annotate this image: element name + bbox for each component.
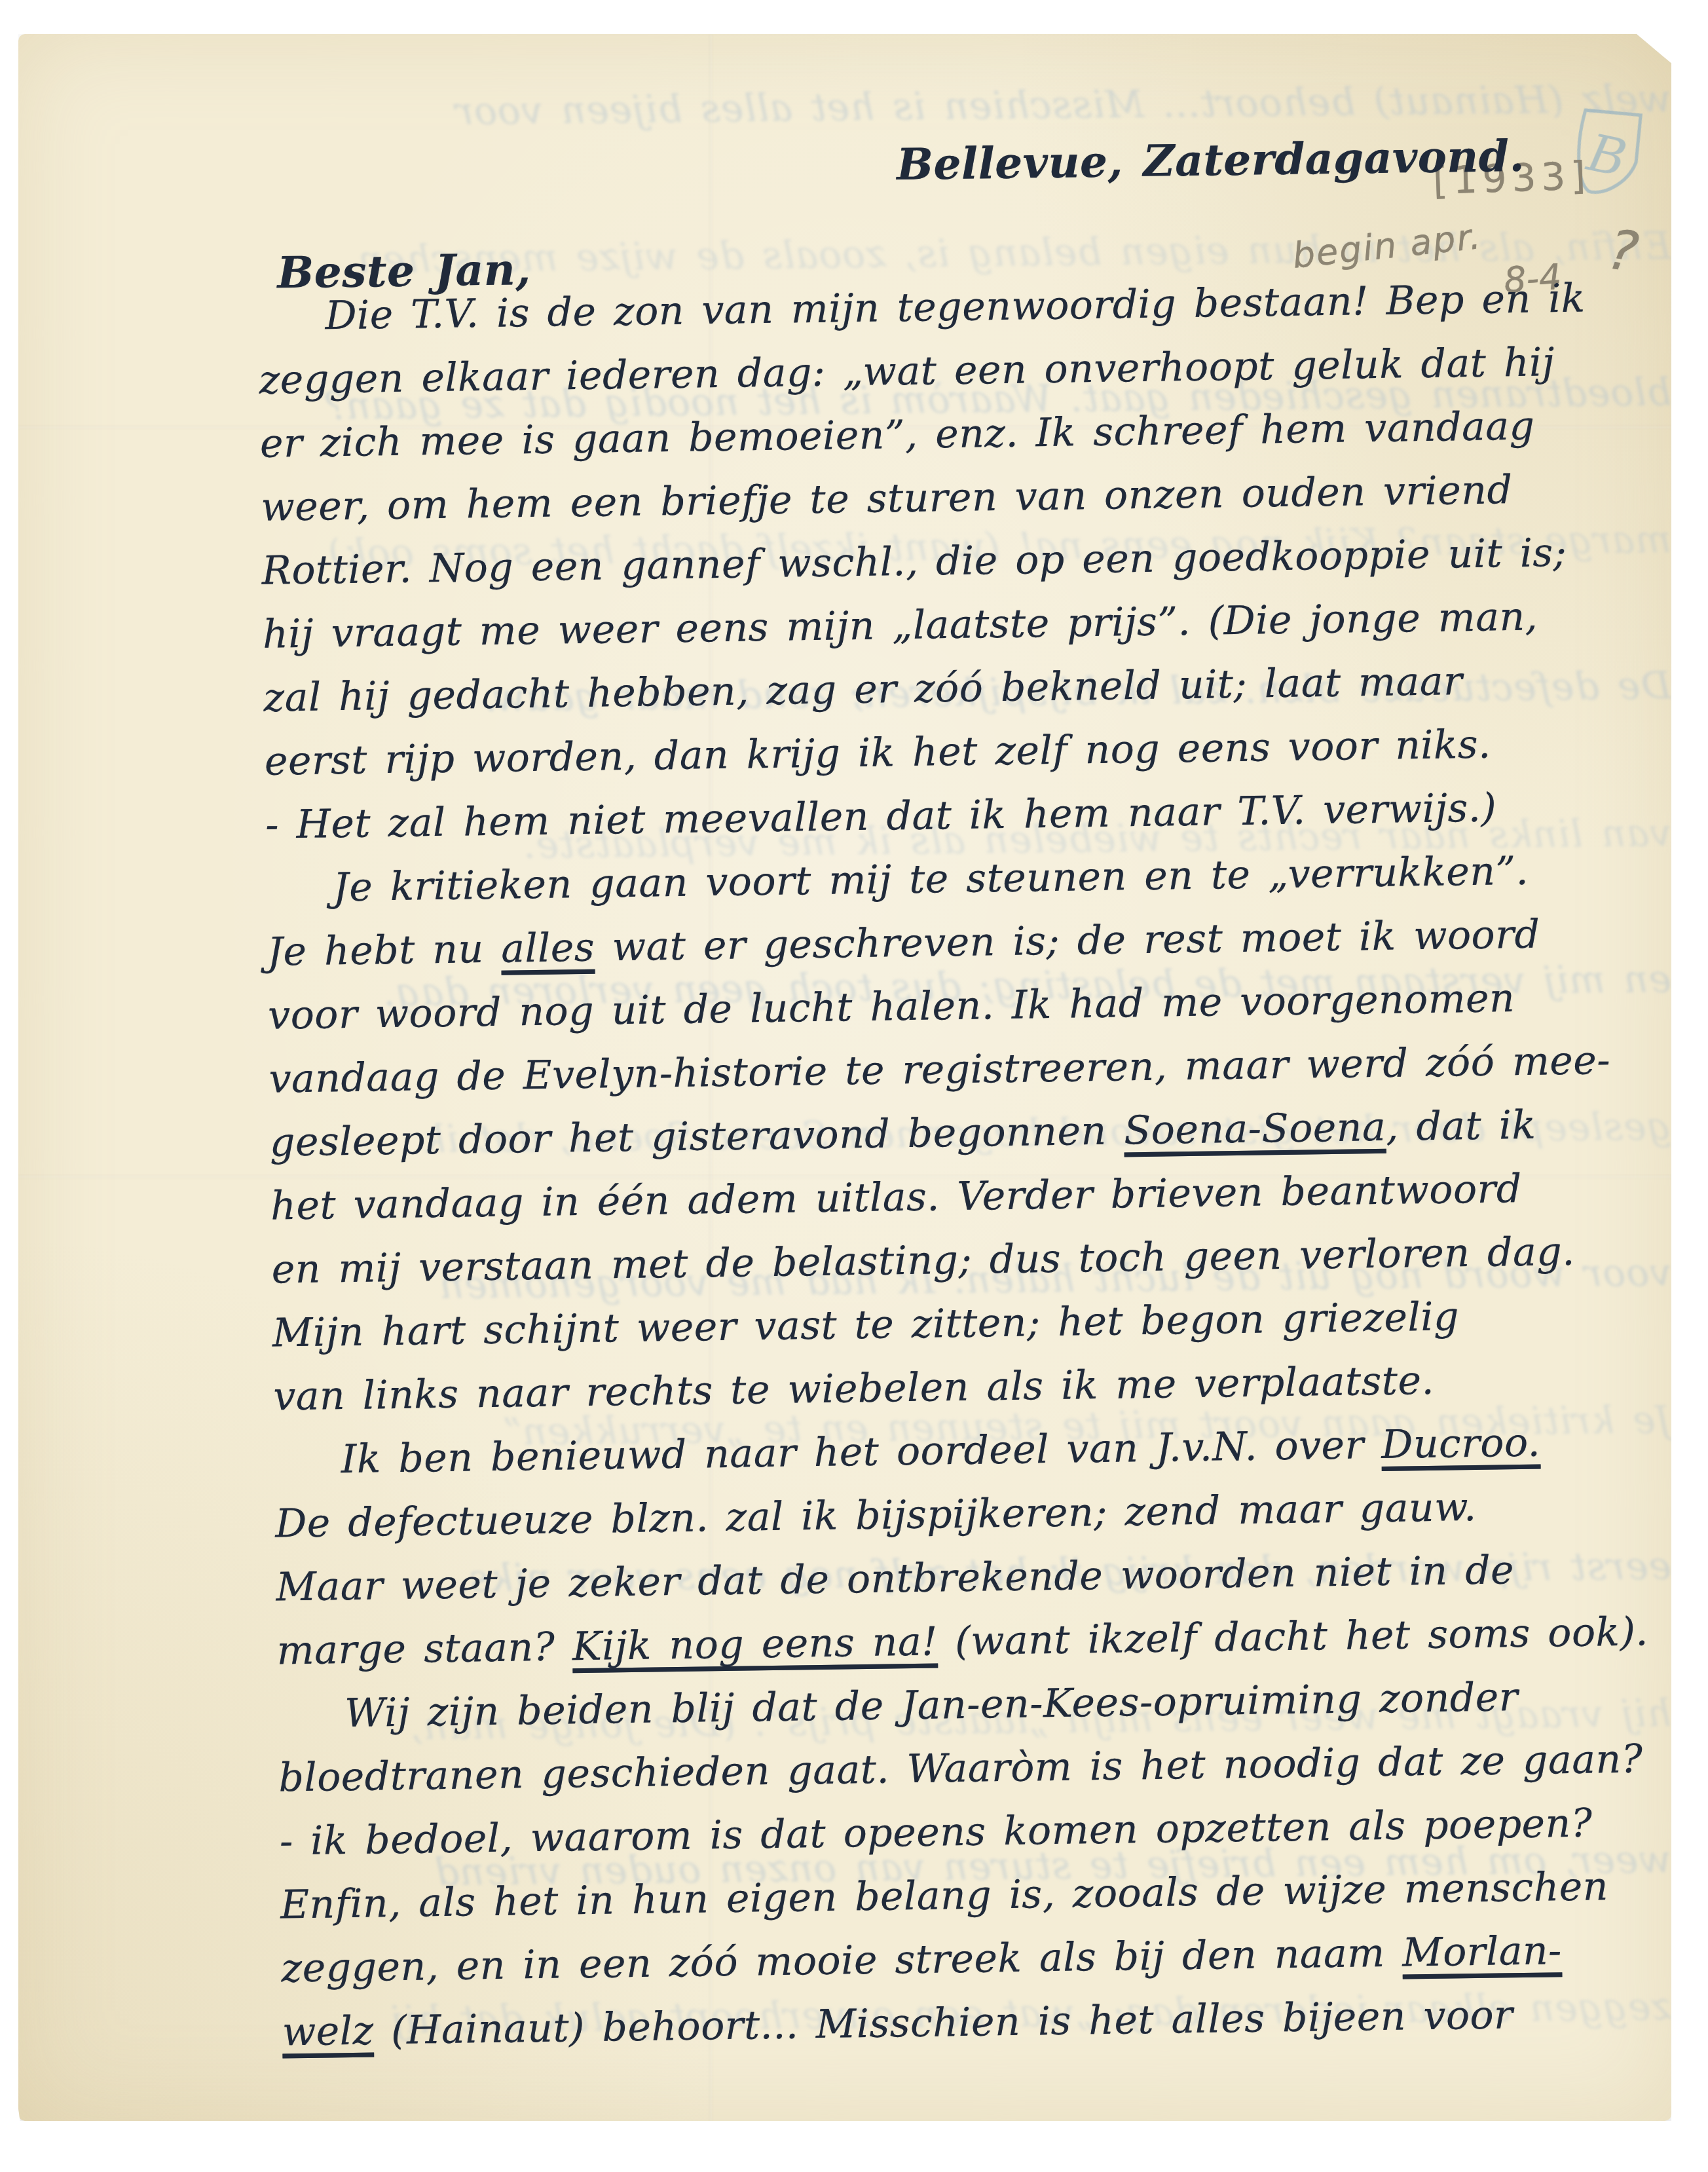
handwritten-text: hij vraagt me weer eens mijn „laatste pr… xyxy=(263,594,1538,658)
letter-page: welz (Hainaut) behoort... Misschien is h… xyxy=(18,34,1671,2121)
handwritten-text: zeggen elkaar iederen dag: „wat een onve… xyxy=(259,339,1555,403)
handwritten-text: , dat ik xyxy=(1386,1102,1536,1150)
handwritten-text: Die T.V. is de zon van mijn tegenwoordig… xyxy=(325,275,1586,339)
letter-body: Die T.V. is de zon van mijn tegenwoordig… xyxy=(258,267,1620,2064)
underlined-text: Morlan- xyxy=(1402,1928,1563,1975)
handwritten-text: zeggen, en in een zóó mooie streek als b… xyxy=(281,1930,1403,1992)
underlined-text: Ducroo. xyxy=(1381,1420,1541,1468)
handwritten-text: (want ikzelf dacht het soms ook). xyxy=(937,1609,1648,1664)
handwritten-text: Enfin, als het in hun eigen belang is, z… xyxy=(280,1863,1609,1928)
handwritten-text: - ik bedoel, waarom is dat opeens komen … xyxy=(279,1801,1592,1865)
handwritten-text: De defectueuze blzn. zal ik bijspijkeren… xyxy=(275,1484,1477,1547)
handwritten-text: eerst rijp worden, dan krijg ik het zelf… xyxy=(264,722,1491,785)
handwritten-text: Je hebt nu xyxy=(267,926,501,975)
underlined-text: alles xyxy=(501,925,595,972)
place-date-line: Bellevue, Zaterdagavond. xyxy=(897,130,1525,190)
handwritten-text: er zich mee is gaan bemoeien”, enz. Ik s… xyxy=(260,403,1535,467)
handwritten-text: (Hainaut) behoort... Misschien is het al… xyxy=(373,1992,1513,2053)
handwritten-text: Ik ben benieuwd naar het oordeel van J.v… xyxy=(341,1422,1381,1482)
handwritten-text: weer, om hem een briefje te sturen van o… xyxy=(261,467,1513,531)
handwritten-text: van links naar rechts te wiebelen als ik… xyxy=(273,1358,1435,1420)
handwritten-text: Mijn hart schijnt weer vast te zitten; h… xyxy=(272,1294,1460,1356)
handwritten-text: en mij verstaan met de belasting; dus to… xyxy=(271,1229,1575,1293)
handwritten-text: zal hij gedacht hebben, zag er zóó bekne… xyxy=(263,658,1463,721)
handwritten-text: marge staan? xyxy=(276,1624,572,1674)
handwritten-text: Wij zijn beiden blij dat de Jan-en-Kees-… xyxy=(344,1674,1519,1736)
handwritten-text: wat er geschreven is; de rest moet ik wo… xyxy=(595,912,1540,971)
handwritten-text: voor woord nog uit de lucht halen. Ik ha… xyxy=(268,975,1515,1039)
underlined-text: welz xyxy=(282,2008,374,2055)
handwritten-text: Maar weet je zeker dat de ontbrekende wo… xyxy=(276,1547,1515,1610)
handwritten-text: bloedtranen geschieden gaat. Waaròm is h… xyxy=(278,1736,1643,1801)
scan-background: { "colors": { "background": "#ffffff", "… xyxy=(0,0,1708,2172)
handwritten-text: - Het zal hem niet meevallen dat ik hem … xyxy=(265,785,1497,848)
underlined-text: Kijk nog eens na! xyxy=(572,1619,938,1670)
underlined-text: Soena-Soena xyxy=(1124,1104,1386,1154)
handwritten-text: Rottier. Nog een gannef wschl., die op e… xyxy=(261,530,1567,594)
handwritten-text: gesleept door het gisteravond begonnen xyxy=(270,1108,1124,1165)
handwritten-text: vandaag de Evelyn-historie te registreer… xyxy=(269,1038,1610,1102)
handwritten-text: het vandaag in één adem uitlas. Verder b… xyxy=(270,1166,1522,1229)
handwritten-text: Je kritieken gaan voort mij te steunen e… xyxy=(333,848,1529,910)
handwriting-layer: Bellevue, Zaterdagavond. Beste Jan, Die … xyxy=(17,12,1699,2122)
